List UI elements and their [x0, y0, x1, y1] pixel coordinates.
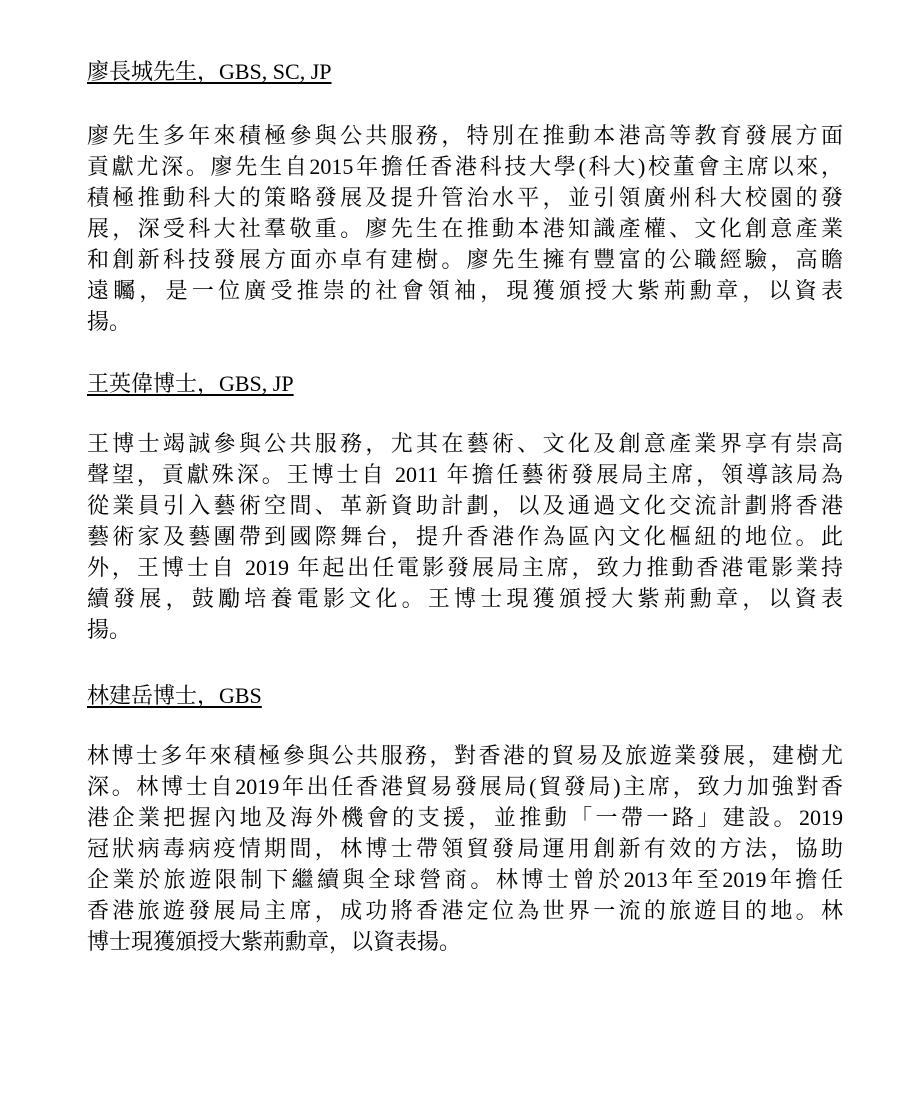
citation-line: 揚。	[87, 306, 843, 337]
citation-line: 博士現獲頒授大紫荊勳章，以資表揚。	[87, 926, 843, 957]
citation-line: 和創新科技發展方面亦卓有建樹。廖先生擁有豐富的公職經驗，高瞻	[87, 244, 843, 275]
citation-line: 展，深受科大社羣敬重。廖先生在推動本港知識產權、文化創意產業	[87, 213, 843, 244]
awardee-citation: 林博士多年來積極參與公共服務，對香港的貿易及旅遊業發展，建樹尤 深。林博士自20…	[87, 740, 843, 957]
citation-line: 外，王博士自 2019 年起出任電影發展局主席，致力推動香港電影業持	[87, 552, 843, 583]
awardee-heading: 廖長城先生，GBS, SC, JP	[87, 58, 332, 86]
awardee-citation: 廖先生多年來積極參與公共服務，特別在推動本港高等教育發展方面 貢獻尤深。廖先生自…	[87, 120, 843, 337]
citation-line: 港企業把握內地及海外機會的支援，並推動「一帶一路」建設。2019	[87, 802, 843, 833]
citation-line: 藝術家及藝團帶到國際舞台，提升香港作為區內文化樞紐的地位。此	[87, 521, 843, 552]
citation-line: 香港旅遊發展局主席，成功將香港定位為世界一流的旅遊目的地。林	[87, 895, 843, 926]
citation-line: 遠矚，是一位廣受推崇的社會領袖，現獲頒授大紫荊勳章，以資表	[87, 275, 843, 306]
citation-line: 廖先生多年來積極參與公共服務，特別在推動本港高等教育發展方面	[87, 120, 843, 151]
awardee-heading: 王英偉博士，GBS, JP	[87, 370, 294, 398]
citation-line: 深。林博士自2019年出任香港貿易發展局(貿發局)主席，致力加強對香	[87, 771, 843, 802]
awardee-heading: 林建岳博士，GBS	[87, 682, 262, 710]
citation-line: 林博士多年來積極參與公共服務，對香港的貿易及旅遊業發展，建樹尤	[87, 740, 843, 771]
citation-line: 冠狀病毒病疫情期間，林博士帶領貿發局運用創新有效的方法，協助	[87, 833, 843, 864]
citation-line: 從業員引入藝術空間、革新資助計劃，以及通過文化交流計劃將香港	[87, 490, 843, 521]
citation-line: 積極推動科大的策略發展及提升管治水平，並引領廣州科大校園的發	[87, 182, 843, 213]
citation-line: 聲望，貢獻殊深。王博士自 2011 年擔任藝術發展局主席，領導該局為	[87, 459, 843, 490]
citation-line: 貢獻尤深。廖先生自2015年擔任香港科技大學(科大)校董會主席以來，	[87, 151, 843, 182]
citation-line: 王博士竭誠參與公共服務，尤其在藝術、文化及創意產業界享有崇高	[87, 428, 843, 459]
citation-line: 揚。	[87, 614, 843, 645]
awardee-citation: 王博士竭誠參與公共服務，尤其在藝術、文化及創意產業界享有崇高 聲望，貢獻殊深。王…	[87, 428, 843, 645]
citation-line: 續發展，鼓勵培養電影文化。王博士現獲頒授大紫荊勳章，以資表	[87, 583, 843, 614]
citation-line: 企業於旅遊限制下繼續與全球營商。林博士曾於2013年至2019年擔任	[87, 864, 843, 895]
